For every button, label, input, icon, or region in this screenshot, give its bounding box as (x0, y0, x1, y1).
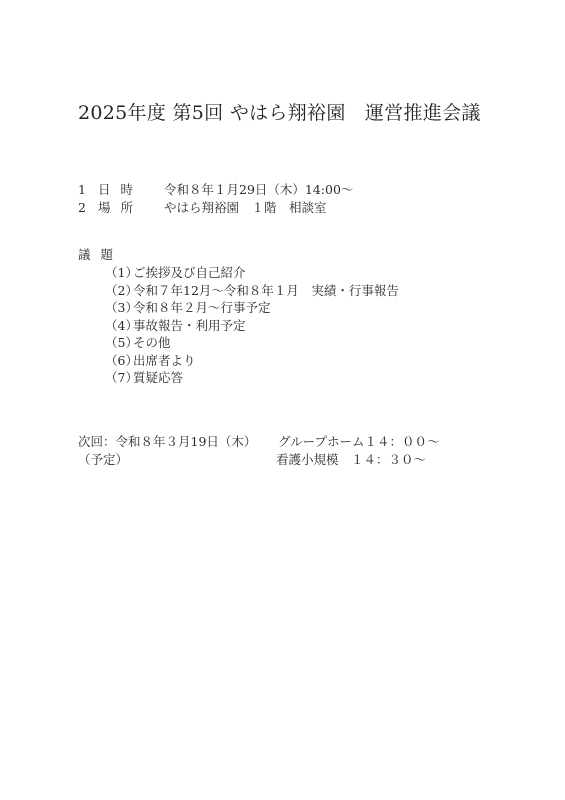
agenda-index: （3） (105, 298, 133, 316)
agenda-text: 質疑応答 (133, 370, 183, 385)
agenda-index: （6） (105, 351, 133, 369)
info-label: 日時 (98, 180, 164, 198)
agenda-item: （3）令和８年２月～行事予定 (105, 298, 271, 316)
agenda-text: その他 (133, 335, 171, 350)
next-meeting-tentative-label: （予定） (78, 452, 128, 467)
agenda-text: 出席者より (133, 353, 196, 368)
agenda-index: （4） (105, 316, 133, 334)
agenda-index: （1） (105, 263, 133, 281)
agenda-item: （1）ご挨拶及び自己紹介 (105, 263, 246, 281)
agenda-heading: 議題 (78, 245, 123, 263)
agenda-text: 令和７年12月～令和８年１月 実績・行事報告 (133, 283, 399, 298)
agenda-item: （6）出席者より (105, 351, 196, 369)
next-meeting-line-1: 次回：令和８年３月19日（木）グループホーム１４：００～ (78, 432, 256, 450)
agenda-index: （2） (105, 281, 133, 299)
agenda-item: （4）事故報告・利用予定 (105, 316, 246, 334)
info-value: 令和８年１月29日（木）14:00～ (164, 182, 353, 197)
info-number: 2 (78, 200, 98, 215)
agenda-item: （2）令和７年12月～令和８年１月 実績・行事報告 (105, 281, 399, 299)
agenda-item: （7）質疑応答 (105, 368, 183, 386)
agenda-text: ご挨拶及び自己紹介 (133, 265, 246, 280)
agenda-text: 事故報告・利用予定 (133, 318, 246, 333)
document-page: 2025年度 第5回 やはら翔裕園 運営推進会議 1日時令和８年１月29日（木）… (0, 0, 565, 800)
agenda-index: （7） (105, 368, 133, 386)
info-value: やはら翔裕園 １階 相談室 (164, 200, 327, 215)
next-meeting-line-2: （予定）看護小規模 １４：３０～ (78, 450, 128, 468)
next-meeting-nursing-time: 看護小規模 １４：３０～ (276, 450, 426, 468)
info-number: 1 (78, 182, 98, 197)
info-label: 場所 (98, 198, 164, 216)
info-row-location: 2場所やはら翔裕園 １階 相談室 (78, 198, 327, 216)
info-row-datetime: 1日時令和８年１月29日（木）14:00～ (78, 180, 353, 198)
next-meeting-grouphome-time: グループホーム１４：００～ (278, 432, 440, 450)
next-meeting-date: 次回：令和８年３月19日（木） (78, 434, 256, 449)
agenda-index: （5） (105, 333, 133, 351)
agenda-item: （5）その他 (105, 333, 171, 351)
document-title: 2025年度 第5回 やはら翔裕園 運営推進会議 (78, 98, 481, 125)
agenda-text: 令和８年２月～行事予定 (133, 300, 271, 315)
